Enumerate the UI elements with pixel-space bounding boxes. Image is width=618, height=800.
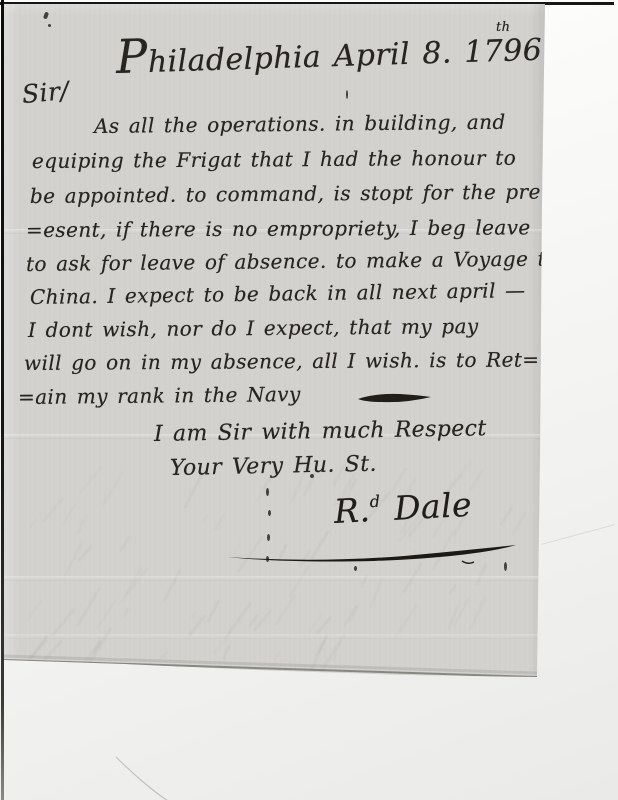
signature: R.d Dale: [333, 485, 473, 531]
ink-speck: [310, 474, 314, 478]
bleedthrough-layer: [4, 4, 545, 680]
ghost-stroke: [201, 514, 209, 523]
ghost-stroke: [120, 566, 143, 603]
ghost-stroke: [188, 614, 206, 636]
ghost-stroke: [288, 564, 310, 598]
ink-speck: [346, 90, 348, 99]
ghost-stroke: [214, 514, 224, 530]
ghost-stroke: [79, 465, 103, 493]
ghost-stroke: [315, 616, 332, 635]
ghost-stroke: [360, 574, 368, 588]
ghost-stroke: [26, 599, 43, 622]
ghost-stroke: [331, 642, 341, 663]
body-line-2: equiping the Frigat that I had the honou…: [32, 146, 516, 173]
ghost-stroke: [206, 600, 219, 623]
crease-line: [4, 576, 545, 581]
closing-line-1: I am Sir with much Respect: [154, 416, 487, 447]
ink-speck: [268, 510, 271, 516]
ghost-stroke: [96, 599, 117, 629]
ghost-stroke: [159, 650, 168, 660]
ghost-stroke: [190, 610, 197, 621]
ink-speck: [266, 488, 269, 496]
ghost-stroke: [84, 640, 102, 662]
scanner-scratch: [541, 524, 615, 545]
ghost-stroke: [469, 468, 485, 491]
ghost-stroke: [100, 471, 124, 508]
ghost-stroke: [304, 610, 324, 638]
signature-surname: Dale: [393, 485, 473, 528]
crease-line: [4, 634, 545, 639]
body-line-5: to ask for leave of absence. to make a V…: [26, 246, 559, 276]
dateline: Philadelphia April 8. 1796: [115, 17, 543, 84]
ghost-stroke: [27, 639, 47, 662]
ghost-stroke: [320, 634, 346, 673]
signature-superscript: d: [369, 492, 381, 512]
ghost-stroke: [343, 604, 358, 627]
ghost-stroke: [50, 608, 75, 637]
ghost-stroke: [469, 596, 487, 631]
ghost-stroke: [310, 633, 329, 671]
ghost-stroke: [92, 638, 101, 654]
ghost-stroke: [511, 511, 526, 535]
ghost-stroke: [452, 597, 470, 628]
ghost-stroke: [162, 568, 181, 603]
ghost-stroke: [222, 644, 231, 660]
salutation: Sir/: [21, 76, 70, 109]
ghost-stroke: [61, 503, 77, 528]
signature-initial: R.: [333, 490, 371, 531]
ghost-stroke: [349, 606, 359, 623]
ghost-stroke: [394, 604, 418, 639]
ink-speck: [267, 534, 270, 541]
ghost-stroke: [41, 497, 65, 524]
body-line-8: will go on in my absence, all I wish. is…: [24, 347, 540, 375]
ghost-stroke: [274, 594, 296, 626]
body-line-3: be appointed. to command, is stopt for t…: [30, 179, 558, 208]
ghost-stroke: [448, 584, 456, 594]
ghost-stroke: [77, 544, 94, 562]
body-line-9: =ain my rank in the Navy: [18, 382, 301, 409]
ghost-stroke: [63, 539, 84, 577]
body-line-7: I dont wish, nor do I expect, that my pa…: [28, 314, 479, 342]
ghost-stroke: [29, 635, 48, 660]
body-line-1: As all the operations. in building, and: [94, 110, 506, 138]
ink-speck: [43, 12, 49, 20]
ghost-stroke: [248, 614, 259, 627]
ghost-stroke: [369, 575, 384, 609]
ghost-stroke: [75, 587, 100, 628]
ink-speck: [354, 566, 357, 571]
ghost-stroke: [41, 639, 63, 663]
closing-line-2: Your Very Hu. St.: [170, 452, 377, 481]
ghost-stroke: [212, 637, 226, 655]
scan-left-edge: [1, 0, 4, 800]
ghost-stroke: [447, 605, 459, 630]
navy-dash-flourish: [356, 390, 434, 406]
dateline-superscript: th: [496, 20, 510, 35]
letter-paper: Philadelphia April 8. 1796 th Sir/ As al…: [4, 4, 545, 680]
body-line-4: =esent, if there is no empropriety, I be…: [26, 215, 531, 242]
ghost-stroke: [76, 513, 88, 535]
ghost-stroke: [273, 651, 281, 662]
ghost-stroke: [125, 566, 150, 596]
scanner-hairline: [110, 753, 174, 800]
ghost-stroke: [475, 563, 487, 586]
ghost-stroke: [29, 518, 38, 528]
ghost-stroke: [253, 609, 272, 631]
signature-flourish: [224, 542, 520, 564]
ink-speck: [48, 24, 51, 27]
ghost-stroke: [120, 535, 131, 552]
ghost-stroke: [86, 627, 112, 668]
ghost-stroke: [401, 562, 422, 594]
body-line-6: China. I expect to be back in all next a…: [30, 278, 526, 309]
paper-bottom-shadow: [4, 4, 545, 680]
ghost-stroke: [224, 602, 252, 639]
ghost-stroke: [122, 606, 130, 618]
ghost-stroke: [499, 506, 513, 526]
ghost-stroke: [315, 640, 326, 657]
